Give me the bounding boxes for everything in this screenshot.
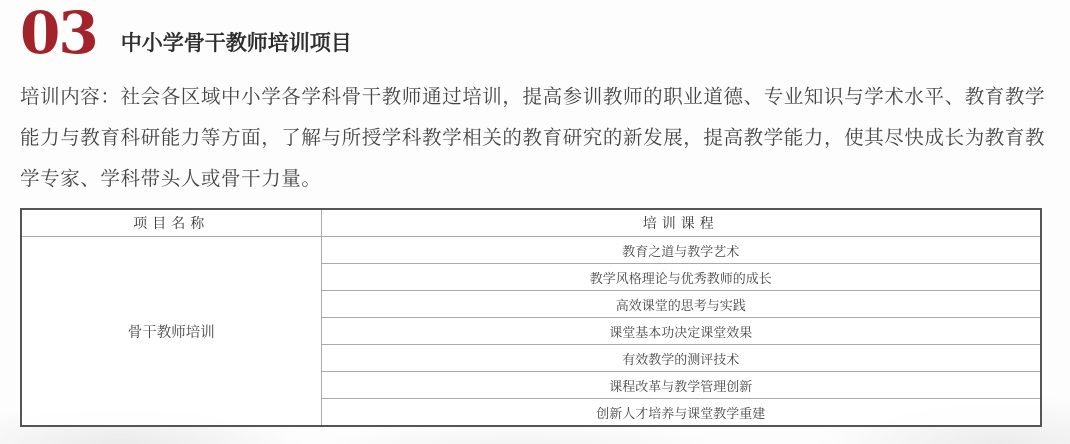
table-row: 骨干教师培训 教育之道与教学艺术 — [21, 237, 1041, 264]
course-cell: 课程改革与教学管理创新 — [321, 372, 1041, 399]
section-title: 中小学骨干教师培训项目 — [121, 27, 352, 57]
header-project-name: 项目名称 — [21, 209, 321, 237]
course-cell: 教学风格理论与优秀教师的成长 — [321, 264, 1041, 291]
section-header: 03 中小学骨干教师培训项目 — [20, 0, 352, 70]
course-cell: 高效课堂的思考与实践 — [321, 291, 1041, 318]
section-number: 03 — [20, 4, 97, 62]
course-cell: 课堂基本功决定课堂效果 — [321, 318, 1041, 345]
header-courses: 培训课程 — [321, 209, 1041, 237]
course-cell: 教育之道与教学艺术 — [321, 237, 1041, 264]
course-table: 项目名称 培训课程 骨干教师培训 教育之道与教学艺术 教学风格理论与优秀教师的成… — [20, 208, 1042, 427]
project-name-cell: 骨干教师培训 — [21, 237, 321, 427]
course-cell: 有效教学的测评技术 — [321, 345, 1041, 372]
course-cell: 创新人才培养与课堂教学重建 — [321, 399, 1041, 427]
intro-paragraph: 培训内容：社会各区域中小学各学科骨干教师通过培训，提高参训教师的职业道德、专业知… — [20, 76, 1055, 199]
table-header-row: 项目名称 培训课程 — [21, 209, 1041, 237]
